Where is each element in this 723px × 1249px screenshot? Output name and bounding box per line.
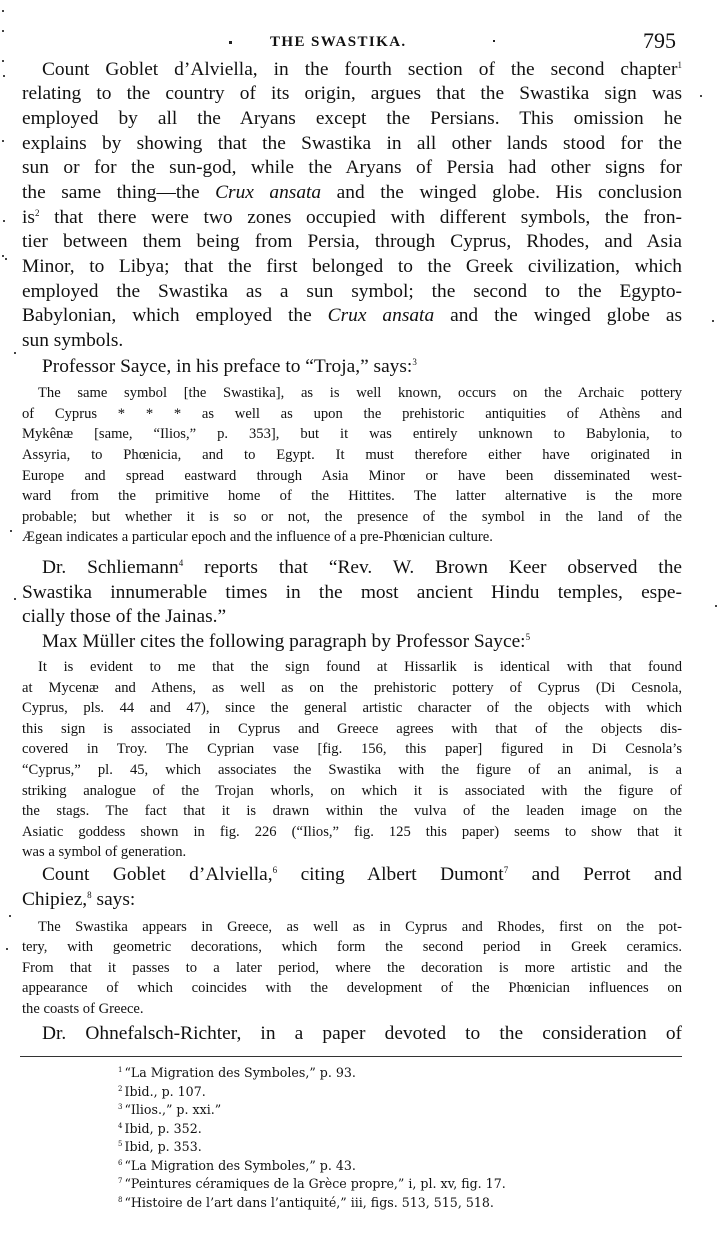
scan-speck (5, 258, 7, 260)
quote-line: the stags. The fact that it is drawn wit… (22, 801, 682, 821)
footnote-ref[interactable]: 5 (526, 632, 531, 642)
text-line: Count Goblet d’Alviella,6 citing Albert … (42, 863, 682, 887)
line-text: Max Müller cites the following paragraph… (42, 631, 526, 652)
scan-speck (493, 40, 495, 42)
line-text: Dr. Schliemann (42, 557, 179, 578)
paragraph-ohnefalsch-richter: Dr. Ohnefalsch-Richter, in a paper devot… (42, 1022, 682, 1046)
footnote: 6“La Migration des Symboles,” p. 43. (118, 1157, 356, 1175)
footnote-text: “La Migration des Symboles,” p. 93. (124, 1065, 355, 1080)
quote-line: Europe and spread eastward through Asia … (22, 466, 682, 486)
text-line: Count Goblet d’Alviella, in the fourth s… (42, 58, 682, 82)
text-line: Swastika innumerable times in the most a… (22, 581, 682, 605)
quote-line: ward from the primitive home of the Hitt… (22, 486, 682, 506)
line-text: Count Goblet d’Alviella, in the fourth s… (42, 59, 678, 80)
footnote-number: 1 (118, 1066, 122, 1074)
text-line: is2 that there were two zones occupied w… (22, 206, 682, 230)
line-text: is (22, 207, 35, 228)
scan-speck (14, 352, 16, 354)
footnote-number: 3 (118, 1103, 122, 1111)
footnote-text: “Histoire de l’art dans l’antiquité,” ii… (124, 1195, 493, 1210)
line-text: and the winged globe as (434, 305, 682, 326)
quote-line: From that it passes to a later period, w… (22, 958, 682, 978)
quote-line: “Cyprus,” pl. 45, which associates the S… (22, 760, 682, 780)
text-line: relating to the country of its origin, a… (22, 82, 682, 106)
footnote-number: 2 (118, 1085, 122, 1093)
paragraph-sayce-intro: Professor Sayce, in his preface to “Troj… (42, 355, 682, 379)
line-text: and the winged globe. His conclusion (321, 182, 682, 203)
scan-speck (10, 530, 12, 532)
line-text: citing Albert Dumont (277, 864, 504, 885)
quote-line: probable; but whether it is so or not, t… (22, 507, 682, 527)
italic-term: Crux ansata (328, 305, 434, 326)
line-text: the same thing—the (22, 182, 215, 203)
scan-speck (715, 605, 717, 607)
text-line: tier between them being from Persia, thr… (22, 230, 682, 254)
quote-line: The same symbol [the Swastika], as is we… (38, 383, 682, 403)
scan-speck (2, 140, 4, 142)
text-line: Minor, to Libya; that the first belonged… (22, 255, 682, 279)
footnote-number: 8 (118, 1196, 122, 1204)
footnote-text: “Ilios.,” p. xxi.” (124, 1102, 221, 1117)
line-text: Babylonian, which employed the (22, 305, 328, 326)
footnote-text: Ibid, p. 352. (124, 1121, 201, 1136)
quote-line: striking analogue of the Trojan whorls, … (22, 781, 682, 801)
scan-speck (2, 60, 4, 62)
line-text: reports that “Rev. W. Brown Keer observe… (183, 557, 682, 578)
footnote-number: 5 (118, 1140, 122, 1148)
scan-speck (2, 30, 4, 32)
quote-line: Mykênæ [same, “Ilios,” p. 353], but it w… (22, 424, 682, 444)
quote-line: Assyria, to Phœnicia, and to Egypt. It m… (22, 445, 682, 465)
running-title: THE SWASTIKA. (270, 34, 407, 51)
scan-speck (9, 915, 11, 917)
text-line: Babylonian, which employed the Crux ansa… (22, 304, 682, 328)
quote-line: Cyprus, pls. 44 and 47), since the gener… (22, 698, 682, 718)
footnote-text: “La Migration des Symboles,” p. 43. (124, 1158, 355, 1173)
scan-speck (712, 320, 714, 322)
quote-line: covered in Troy. The Cyprian vase [fig. … (22, 739, 682, 759)
text-line: cially those of the Jainas.” (22, 605, 682, 629)
scan-speck (3, 220, 5, 222)
text-line: employed by all the Aryans except the Pe… (22, 107, 682, 131)
line-text: Count Goblet d’Alviella, (42, 864, 273, 885)
text-line: the same thing—the Crux ansata and the w… (22, 181, 682, 205)
text-line: sun symbols. (22, 329, 682, 353)
page-header: THE SWASTIKA. 795 (0, 30, 723, 54)
footnote-number: 6 (118, 1159, 122, 1167)
footnote-text: Ibid., p. 107. (124, 1084, 205, 1099)
line-text: Professor Sayce, in his preface to “Troj… (42, 356, 412, 377)
line-text: that there were two zones occupied with … (39, 207, 682, 228)
scan-speck (14, 598, 16, 600)
page-number: 795 (643, 28, 676, 54)
footnote-number: 4 (118, 1122, 122, 1130)
line-text: and Perrot and (508, 864, 682, 885)
footnote: 5Ibid, p. 353. (118, 1138, 202, 1156)
quote-line: Asiatic goddess shown in fig. 226 (“Ilio… (22, 822, 682, 842)
footnote-text: Ibid, p. 353. (124, 1139, 201, 1154)
book-page: THE SWASTIKA. 795 Count Goblet d’Alviell… (0, 0, 723, 1249)
text-line: Chipiez,8 says: (22, 888, 682, 912)
scan-speck (6, 948, 8, 950)
quote-line: Ægean indicates a particular epoch and t… (22, 527, 682, 547)
paragraph-max-muller: Max Müller cites the following paragraph… (42, 630, 682, 654)
quote-line: was a symbol of generation. (22, 842, 682, 862)
quote-line: tery, with geometric decorations, which … (22, 937, 682, 957)
footnote: 7“Peintures céramiques de la Grèce propr… (118, 1175, 506, 1193)
footnote-ref[interactable]: 3 (412, 357, 417, 367)
text-line: Dr. Schliemann4 reports that “Rev. W. Br… (42, 556, 682, 580)
footnote: 3“Ilios.,” p. xxi.” (118, 1101, 221, 1119)
scan-speck (2, 10, 4, 12)
quote-line: the coasts of Greece. (22, 999, 682, 1019)
line-text: Chipiez, (22, 889, 87, 910)
footnote: 4Ibid, p. 352. (118, 1120, 202, 1138)
scan-speck (229, 41, 232, 44)
quote-line: at Mycenæ and Athens, as well as on the … (22, 678, 682, 698)
quote-line: this sign is associated in Cyprus and Gr… (22, 719, 682, 739)
text-line: employed the Swastika as a sun symbol; t… (22, 280, 682, 304)
text-line: sun or for the sun-god, while the Aryans… (22, 156, 682, 180)
line-text: says: (92, 889, 136, 910)
italic-term: Crux ansata (215, 182, 321, 203)
scan-speck (700, 95, 702, 97)
footnote: 8“Histoire de l’art dans l’antiquité,” i… (118, 1194, 494, 1212)
footnote-separator (20, 1056, 682, 1057)
footnote-number: 7 (118, 1177, 122, 1185)
text-line: explains by showing that the Swastika in… (22, 132, 682, 156)
footnote-text: “Peintures céramiques de la Grèce propre… (124, 1176, 505, 1191)
scan-speck (3, 75, 5, 77)
footnote: 1“La Migration des Symboles,” p. 93. (118, 1064, 356, 1082)
quote-line: The Swastika appears in Greece, as well … (38, 917, 682, 937)
quote-line: of Cyprus * * * as well as upon the preh… (22, 404, 682, 424)
quote-line: It is evident to me that the sign found … (38, 657, 682, 677)
footnote-ref[interactable]: 1 (678, 60, 683, 70)
quote-line: appearance of which coincides with the d… (22, 978, 682, 998)
scan-speck (2, 255, 4, 257)
footnote: 2Ibid., p. 107. (118, 1083, 206, 1101)
